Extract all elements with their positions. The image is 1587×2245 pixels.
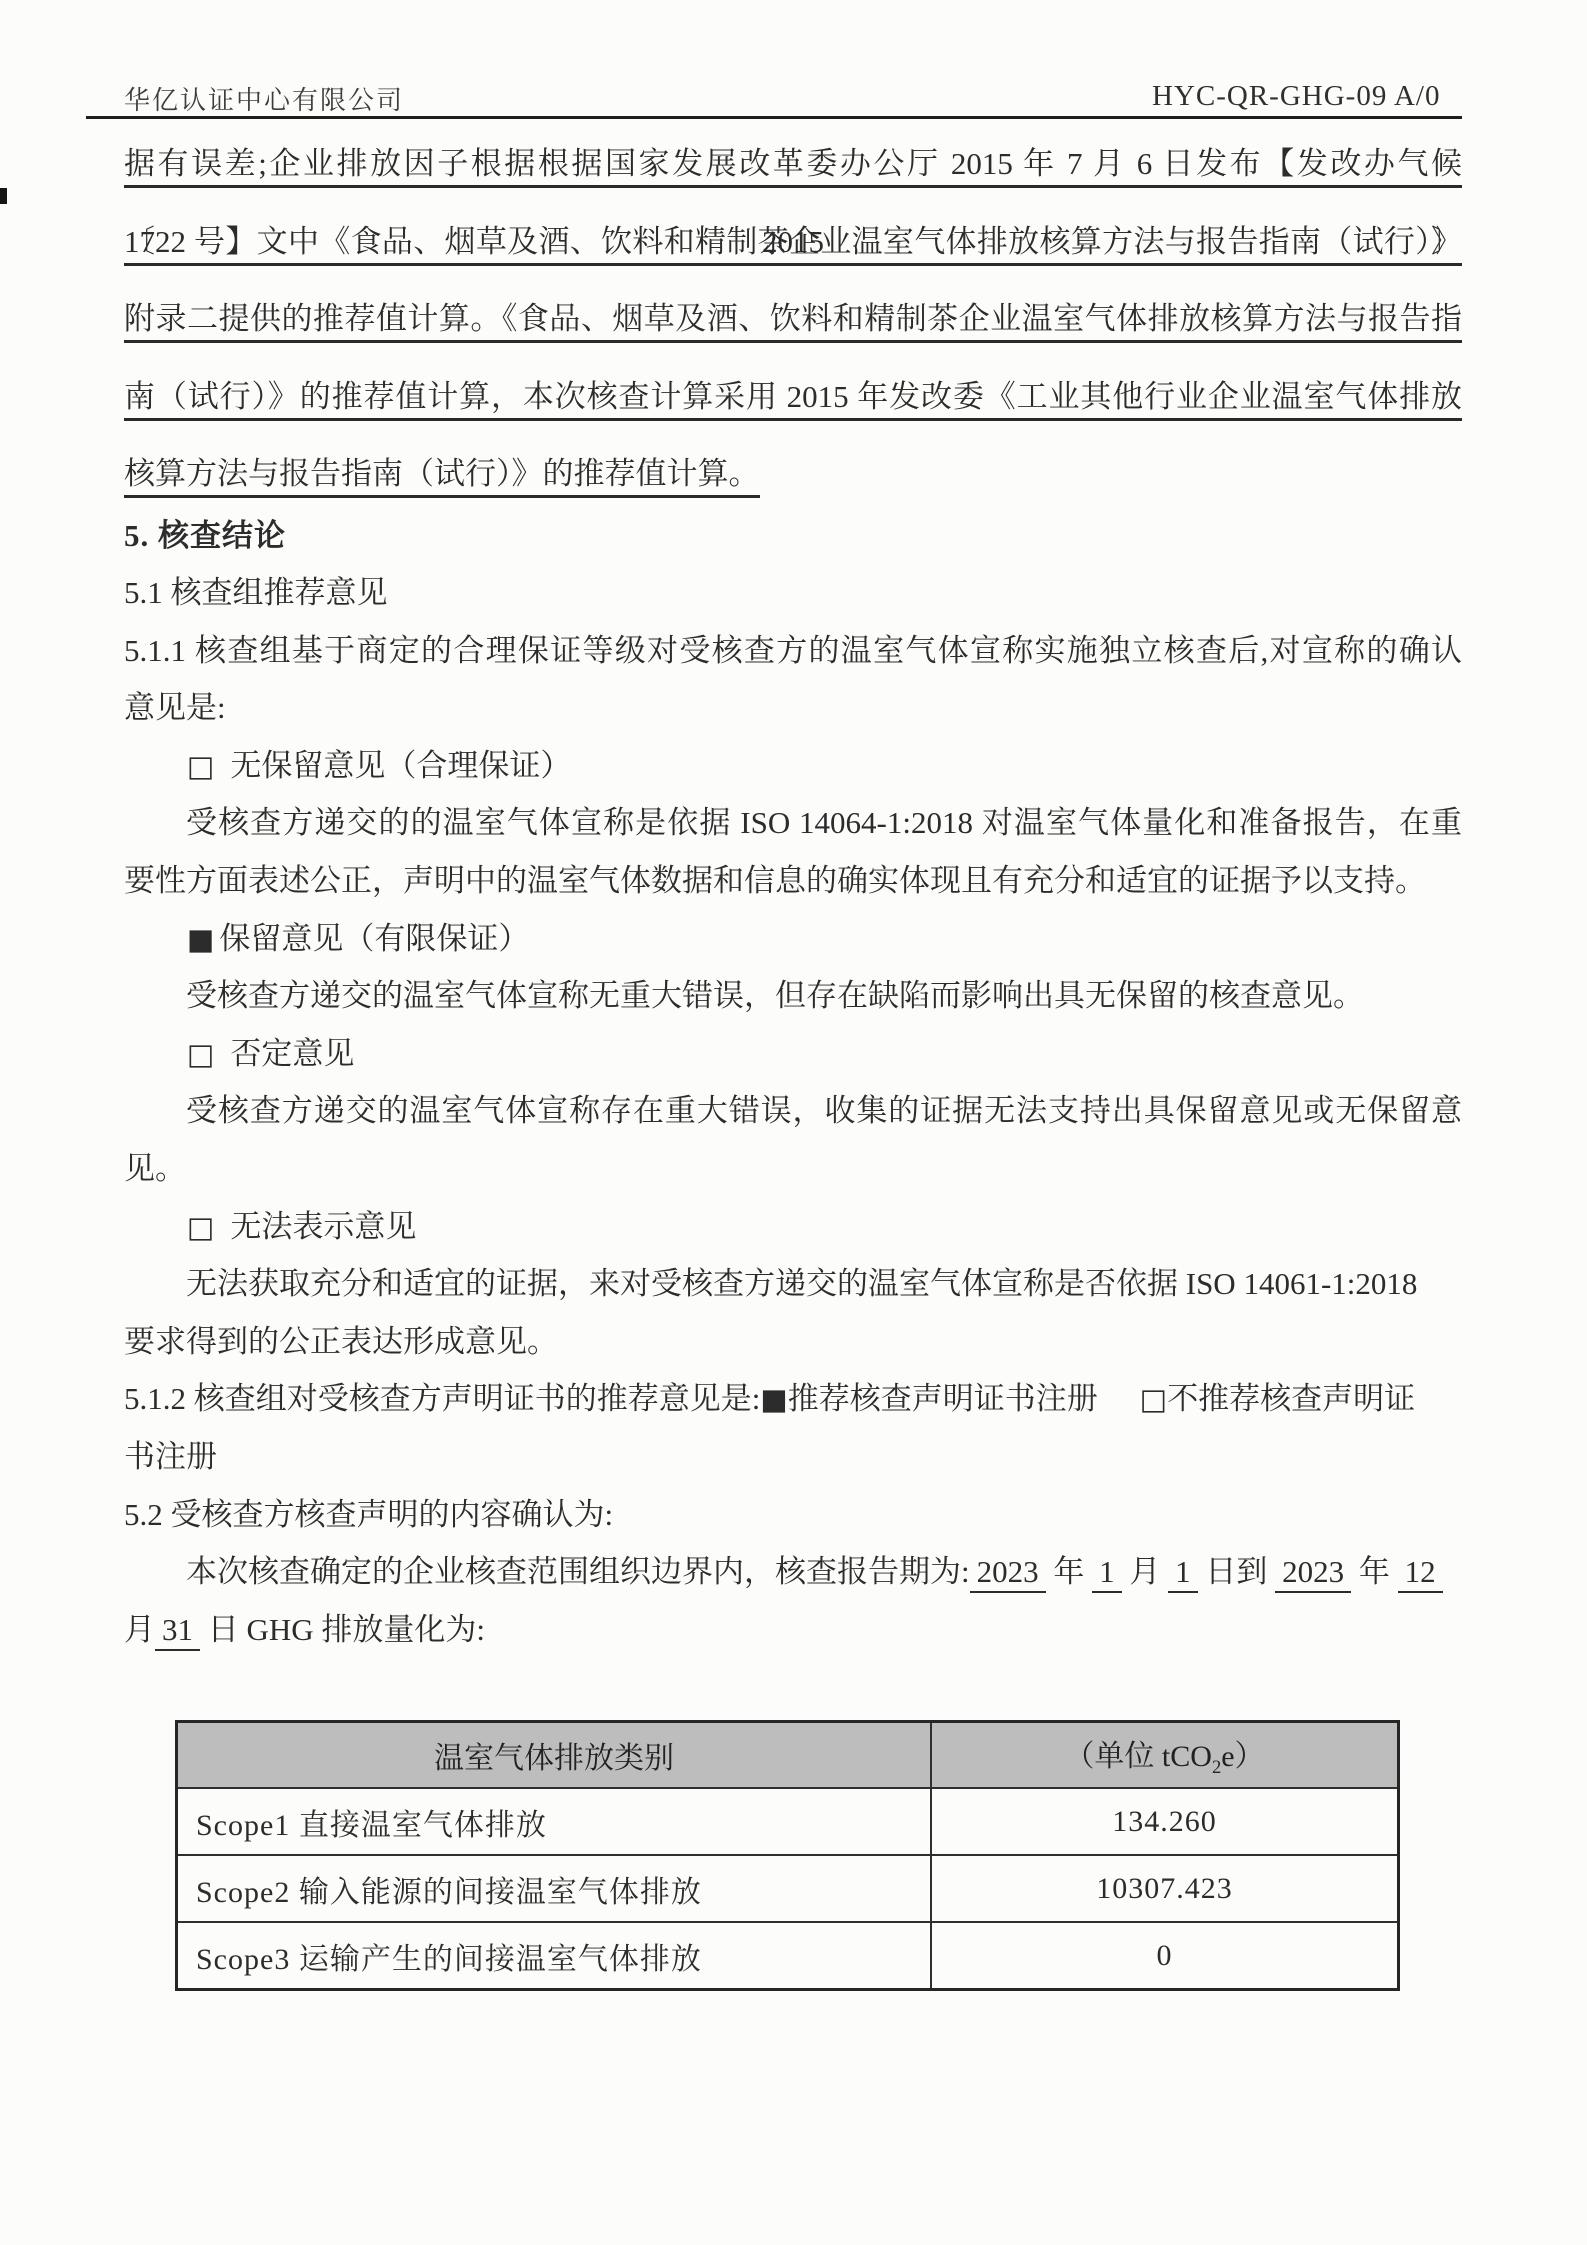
intro-line-4: 南（试行）》的推荐值计算，本次核查计算采用 2015 年发改委《工业其他行业企业… [124, 358, 1462, 436]
section-5-heading: 5. 核查结论 [124, 507, 1462, 565]
report-period-line-1: 本次核查确定的企业核查范围组织边界内，核查报告期为:2023 年 1 月 1 日… [124, 1543, 1462, 1601]
document-page: 华亿认证中心有限公司 HYC-QR-GHG-09 A/0 据有误差;企业排放因子… [0, 0, 1587, 2245]
para-5-1-1-line-2: 意见是: [124, 679, 1462, 737]
underlined-text: 南（试行）》的推荐值计算，本次核查计算采用 2015 年发改委《工业其他行业企业… [124, 379, 1462, 421]
underlined-text: 附录二提供的推荐值计算。《食品、烟草及酒、饮料和精制茶企业温室气体排放核算方法与… [124, 301, 1462, 343]
period-day-end: 31 [155, 1612, 200, 1651]
table-header-row: 温室气体排放类别 （单位 tCO2e） [177, 1722, 1399, 1789]
checkbox-unchecked-icon: □ [1140, 1382, 1167, 1416]
not-recommend-label: 不推荐核查声明证 [1167, 1381, 1415, 1416]
option-label: 无法表示意见 [230, 1209, 416, 1244]
table-header-category: 温室气体排放类别 [177, 1722, 932, 1789]
underlined-text: 1722 号】文中《食品、烟草及酒、饮料和精制茶企业温室气体排放核算方法与报告指… [124, 224, 1462, 266]
section-5-2-heading: 5.2 受核查方核查声明的内容确认为: [124, 1486, 1462, 1544]
period-sep: 年 [1046, 1554, 1093, 1589]
checkbox-unchecked-icon: □ [187, 1210, 214, 1244]
option-label: 否定意见 [230, 1036, 354, 1071]
intro-line-5: 核算方法与报告指南（试行）》的推荐值计算。 [124, 435, 1462, 513]
period-prefix: 本次核查确定的企业核查范围组织边界内，核查报告期为: [186, 1554, 970, 1589]
option-disclaimer-opinion: □无法表示意见 [124, 1198, 1462, 1256]
period-sep: 日到 [1198, 1554, 1276, 1589]
scope1-value: 134.260 [931, 1788, 1399, 1855]
para-unqualified-line-2: 要性方面表述公正，声明中的温室气体数据和信息的确实体现且有充分和适宜的证据予以支… [124, 852, 1462, 910]
ghg-emissions-table: 温室气体排放类别 （单位 tCO2e） Scope1 直接温室气体排放 134.… [175, 1720, 1400, 1991]
para-5-1-1-line-1: 5.1.1 核查组基于商定的合理保证等级对受核查方的温室气体宣称实施独立核查后,… [124, 622, 1462, 680]
checkbox-unchecked-icon: □ [187, 1037, 214, 1071]
para-unqualified-line-1: 受核查方递交的的温室气体宣称是依据 ISO 14064-1:2018 对温室气体… [124, 794, 1462, 852]
table-row-scope2: Scope2 输入能源的间接温室气体排放 10307.423 [177, 1855, 1399, 1922]
scope2-value: 10307.423 [931, 1855, 1399, 1922]
period-year-end: 2023 [1275, 1554, 1351, 1593]
period-cont-post: 日 GHG 排放量化为: [200, 1612, 485, 1647]
unit-subscript: 2 [1212, 1757, 1221, 1778]
conclusion-section: 5. 核查结论 5.1 核查组推荐意见 5.1.1 核查组基于商定的合理保证等级… [124, 507, 1462, 1992]
scan-speck [0, 188, 7, 204]
para-5-1-2-line-1: 5.1.2 核查组对受核查方声明证书的推荐意见是:■推荐核查声明证书注册□不推荐… [124, 1370, 1462, 1428]
scope2-category: Scope2 输入能源的间接温室气体排放 [177, 1855, 932, 1922]
intro-line-2: 1722 号】文中《食品、烟草及酒、饮料和精制茶企业温室气体排放核算方法与报告指… [124, 203, 1462, 281]
header-company-name: 华亿认证中心有限公司 [124, 80, 404, 117]
para-disclaimer-line-1: 无法获取充分和适宜的证据，来对受核查方递交的温室气体宣称是否依据 ISO 140… [124, 1255, 1462, 1313]
header-rule [86, 116, 1462, 119]
recommendation-prefix: 5.1.2 核查组对受核查方声明证书的推荐意见是: [124, 1381, 760, 1416]
para-adverse-line-2: 见。 [124, 1140, 1462, 1198]
recommend-label: 推荐核查声明证书注册 [788, 1381, 1098, 1416]
para-disclaimer-line-2: 要求得到的公正表达形成意见。 [124, 1313, 1462, 1371]
unit-text: e） [1221, 1740, 1264, 1773]
option-unqualified-opinion: □无保留意见（合理保证） [124, 737, 1462, 795]
para-5-1-2-line-2: 书注册 [124, 1428, 1462, 1486]
para-qualified: 受核查方递交的温室气体宣称无重大错误，但存在缺陷而影响出具无保留的核查意见。 [124, 967, 1462, 1025]
underlined-text: 核算方法与报告指南（试行）》的推荐值计算。 [124, 456, 760, 498]
scope1-category: Scope1 直接温室气体排放 [177, 1788, 932, 1855]
table-row-scope1: Scope1 直接温室气体排放 134.260 [177, 1788, 1399, 1855]
period-day-start: 1 [1168, 1554, 1198, 1593]
unit-text: （单位 tCO [1064, 1740, 1212, 1773]
option-adverse-opinion: □否定意见 [124, 1025, 1462, 1083]
period-year-start: 2023 [970, 1554, 1046, 1593]
period-cont-pre: 月 [124, 1612, 155, 1647]
checkbox-checked-icon: ■ [760, 1382, 787, 1416]
table-row-scope3: Scope3 运输产生的间接温室气体排放 0 [177, 1922, 1399, 1990]
period-sep: 月 [1122, 1554, 1169, 1589]
period-month-end: 12 [1398, 1554, 1443, 1593]
report-period-line-2: 月31 日 GHG 排放量化为: [124, 1601, 1462, 1659]
option-qualified-opinion: ■保留意见（有限保证） [124, 910, 1462, 968]
intro-line-1: 据有误差;企业排放因子根据根据国家发展改革委办公厅 2015 年 7 月 6 日… [124, 125, 1462, 203]
table-header-unit: （单位 tCO2e） [931, 1722, 1399, 1789]
period-month-start: 1 [1092, 1554, 1122, 1593]
checkbox-unchecked-icon: □ [187, 749, 214, 783]
option-label: 保留意见（有限保证） [219, 921, 529, 956]
document-body: 据有误差;企业排放因子根据根据国家发展改革委办公厅 2015 年 7 月 6 日… [124, 125, 1462, 1991]
period-sep: 年 [1351, 1554, 1398, 1589]
scope3-value: 0 [931, 1922, 1399, 1990]
scope3-category: Scope3 运输产生的间接温室气体排放 [177, 1922, 932, 1990]
header-doc-code: HYC-QR-GHG-09 A/0 [1152, 80, 1440, 113]
section-5-1-heading: 5.1 核查组推荐意见 [124, 564, 1462, 622]
option-label: 无保留意见（合理保证） [230, 748, 571, 783]
checkbox-checked-icon: ■ [187, 922, 214, 956]
para-adverse-line-1: 受核查方递交的温室气体宣称存在重大错误，收集的证据无法支持出具保留意见或无保留意 [124, 1082, 1462, 1140]
intro-line-3: 附录二提供的推荐值计算。《食品、烟草及酒、饮料和精制茶企业温室气体排放核算方法与… [124, 280, 1462, 358]
